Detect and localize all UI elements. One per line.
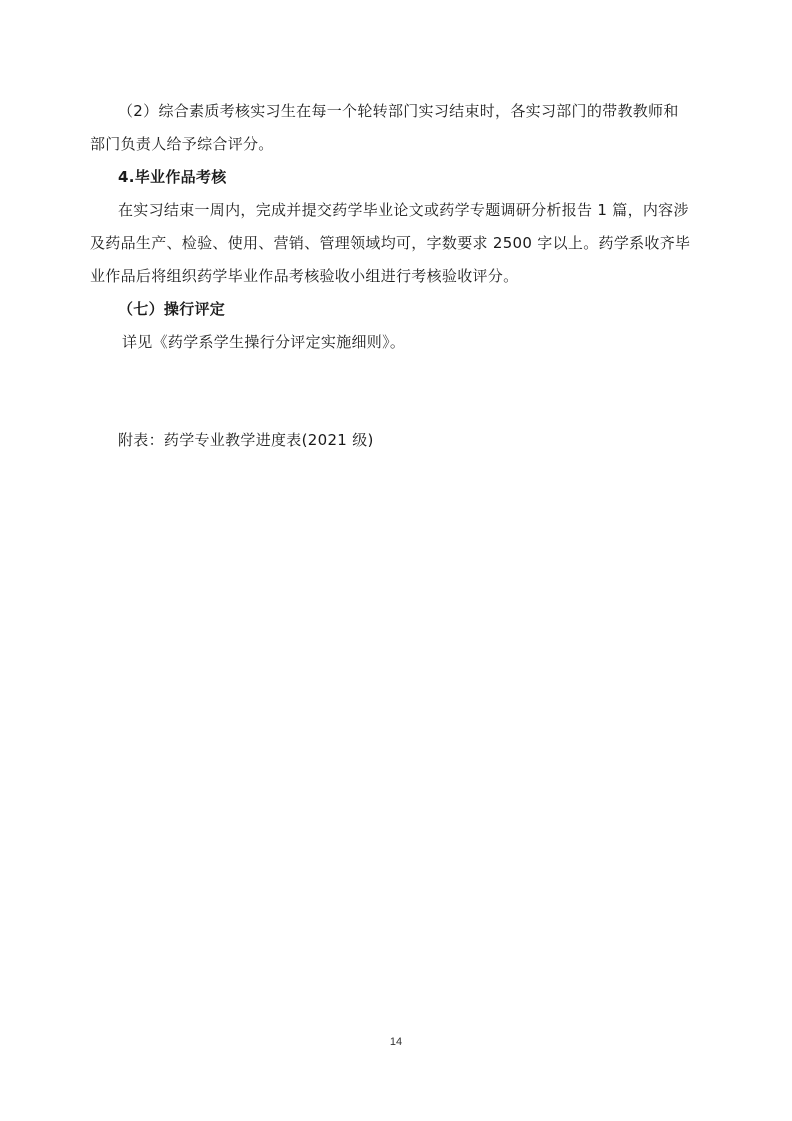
paragraph-2-line-2: 部门负责人给予综合评分。 [90, 134, 710, 154]
paragraph-4-line-1: 在实习结束一周内，完成并提交药学毕业论文或药学专题调研分析报告 1 篇，内容涉 [118, 200, 738, 220]
section-heading-7: （七）操行评定 [118, 299, 738, 319]
paragraph-4-line-3: 业作品后将组织药学毕业作品考核验收小组进行考核验收评分。 [90, 266, 710, 286]
paragraph-2-line-1: （2）综合素质考核实习生在每一个轮转部门实习结束时，各实习部门的带教教师和 [118, 101, 738, 121]
paragraph-7: 详见《药学系学生操行分评定实施细则》。 [122, 332, 742, 352]
document-page: （2）综合素质考核实习生在每一个轮转部门实习结束时，各实习部门的带教教师和 部门… [0, 0, 792, 1121]
page-number: 14 [0, 1036, 792, 1048]
appendix-note: 附表：药学专业教学进度表(2021 级) [118, 430, 738, 450]
section-heading-4: 4.毕业作品考核 [118, 167, 738, 187]
paragraph-4-line-2: 及药品生产、检验、使用、营销、管理领域均可，字数要求 2500 字以上。药学系收… [90, 233, 710, 253]
